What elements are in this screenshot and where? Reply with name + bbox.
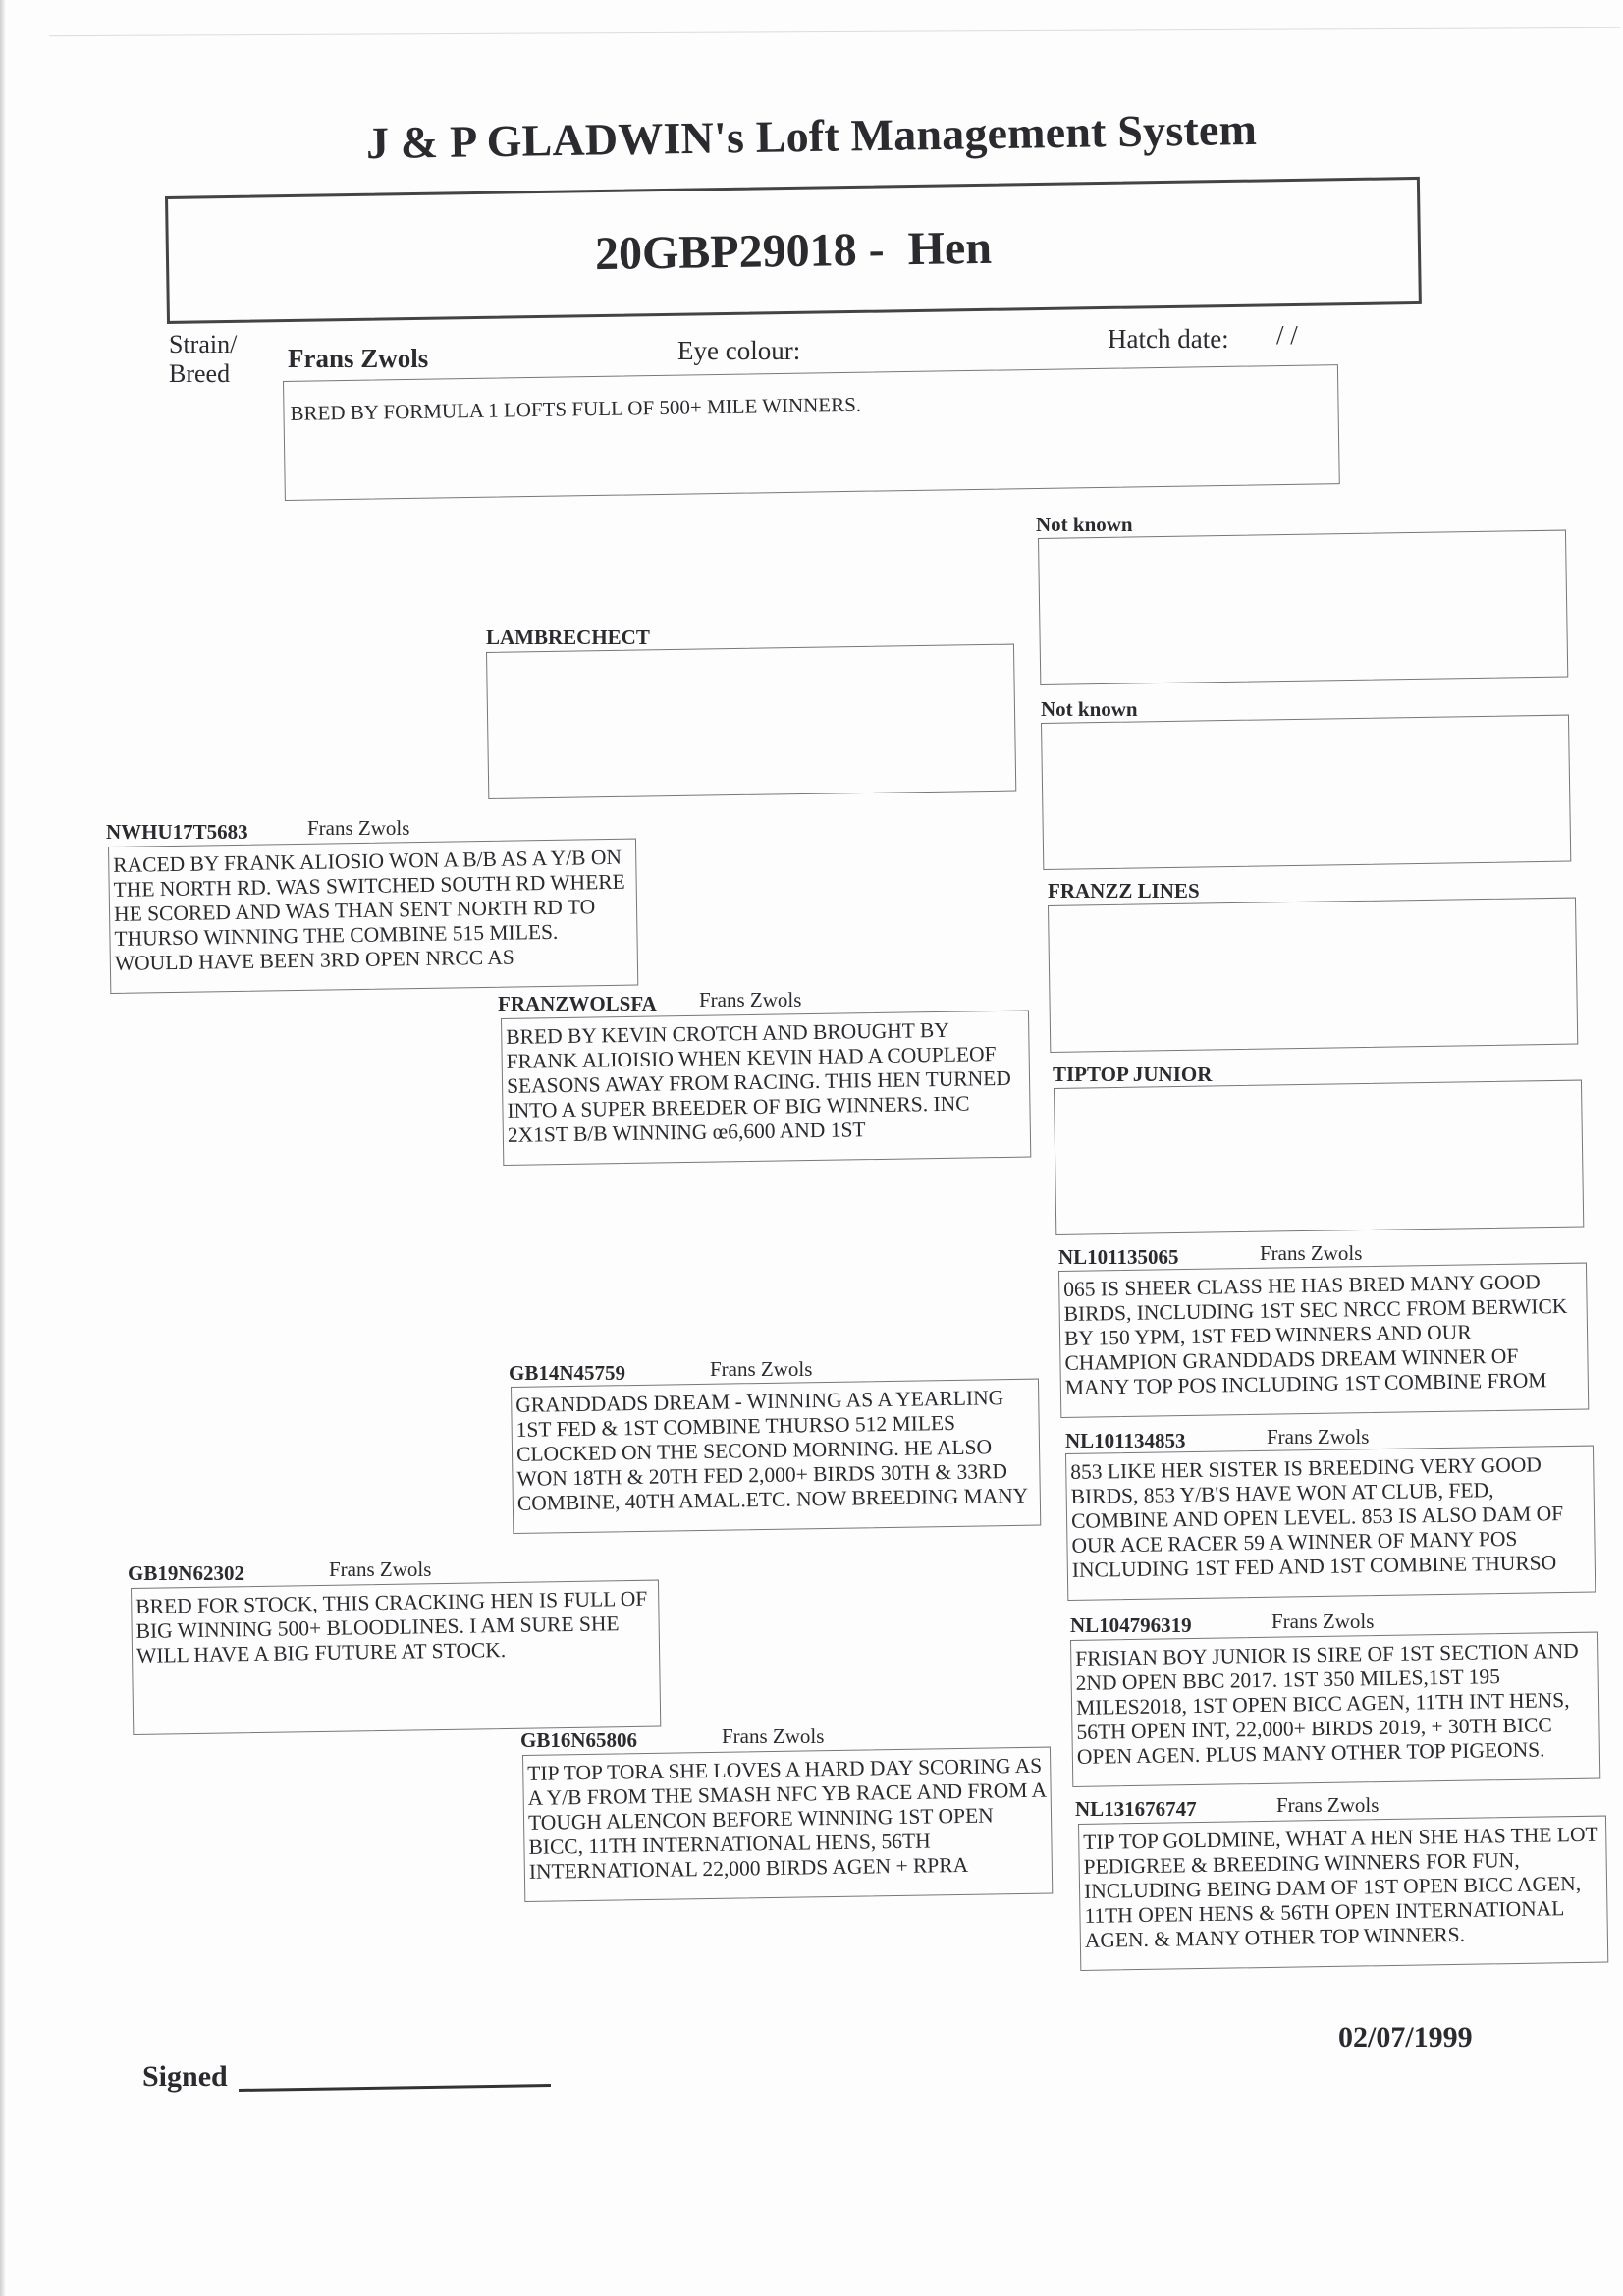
strain-value: Frans Zwols	[288, 344, 428, 374]
ring-number: LAMBRECHECT	[486, 626, 650, 649]
ring-number: Not known	[1041, 697, 1138, 721]
pedigree-box-dam: BRED FOR STOCK, THIS CRACKING HEN IS FUL…	[131, 1580, 661, 1735]
pedigree-box-sire-sire-sire	[1038, 530, 1568, 685]
pedigree-label-sire: NWHU17T5683Frans Zwols	[106, 820, 248, 845]
pedigree-label-dam-sire-dam: NL101134853Frans Zwols	[1065, 1429, 1186, 1453]
pedigree-box-dam-dam: TIP TOP TORA SHE LOVES A HARD DAY SCORIN…	[522, 1747, 1053, 1902]
pedigree-box-sire-dam-sire	[1048, 898, 1578, 1053]
ring-number: NL131676747	[1075, 1797, 1197, 1821]
ring-number: NL104796319	[1070, 1613, 1192, 1637]
strain-label: Strain/ Breed	[169, 330, 237, 389]
bird-description: GRANDDADS DREAM - WINNING AS A YEARLING …	[515, 1386, 1028, 1515]
ring-number: TIPTOP JUNIOR	[1053, 1063, 1212, 1086]
bird-description: BRED BY KEVIN CROTCH AND BROUGHT BY FRAN…	[506, 1018, 1011, 1147]
bird-strain: Frans Zwols	[307, 816, 409, 841]
pedigree-box-sire-dam: BRED BY KEVIN CROTCH AND BROUGHT BY FRAN…	[501, 1011, 1031, 1166]
scan-edge-line	[49, 27, 1620, 36]
bird-strain: Frans Zwols	[1260, 1241, 1362, 1266]
pedigree-box-sire-sire-dam	[1041, 715, 1571, 870]
pedigree-label-sire-dam: FRANZWOLSFAFrans Zwols	[498, 992, 657, 1016]
bird-strain: Frans Zwols	[1267, 1425, 1369, 1449]
strain-label-line1: Strain/	[169, 330, 237, 359]
pedigree-label-dam-sire-sire: NL101135065Frans Zwols	[1058, 1245, 1179, 1270]
pedigree-box-dam-sire: GRANDDADS DREAM - WINNING AS A YEARLING …	[511, 1379, 1041, 1534]
ring-number: NWHU17T5683	[106, 820, 248, 844]
bird-description: 853 LIKE HER SISTER IS BREEDING VERY GOO…	[1070, 1452, 1563, 1582]
scan-edge	[0, 0, 6, 2296]
bird-description: BRED FOR STOCK, THIS CRACKING HEN IS FUL…	[135, 1587, 647, 1667]
bird-header-box: 20GBP29018 - Hen	[165, 177, 1422, 324]
bird-strain: Frans Zwols	[1271, 1610, 1374, 1634]
ring-number: NL101134853	[1065, 1429, 1186, 1452]
signed-label: Signed	[142, 2060, 228, 2094]
ring-number: Not known	[1036, 513, 1133, 536]
pedigree-label-sire-dam-dam: TIPTOP JUNIOR	[1053, 1063, 1212, 1087]
pedigree-label-dam-sire: GB14N45759Frans Zwols	[509, 1361, 625, 1386]
bird-description: FRISIAN BOY JUNIOR IS SIRE OF 1ST SECTIO…	[1075, 1639, 1579, 1769]
bird-strain: Frans Zwols	[1276, 1793, 1379, 1818]
bird-notes-box: BRED BY FORMULA 1 LOFTS FULL OF 500+ MIL…	[283, 364, 1340, 501]
print-date: 02/07/1999	[1338, 2021, 1473, 2054]
bird-description: RACED BY FRANK ALIOSIO WON A B/B AS A Y/…	[113, 846, 625, 975]
bird-strain: Frans Zwols	[699, 988, 801, 1012]
pedigree-box-sire-sire	[486, 644, 1016, 799]
bird-strain: Frans Zwols	[329, 1558, 431, 1582]
pedigree-label-dam-dam-sire: NL104796319Frans Zwols	[1070, 1613, 1192, 1638]
bird-strain: Frans Zwols	[710, 1357, 812, 1382]
hatch-date-label: Hatch date:	[1108, 324, 1229, 355]
pedigree-box-dam-dam-dam: TIP TOP GOLDMINE, WHAT A HEN SHE HAS THE…	[1078, 1816, 1608, 1971]
eye-colour-label: Eye colour:	[677, 336, 800, 366]
bird-description: TIP TOP TORA SHE LOVES A HARD DAY SCORIN…	[527, 1754, 1046, 1884]
pedigree-label-sire-sire-dam: Not known	[1041, 697, 1138, 722]
ring-number: GB14N45759	[509, 1361, 625, 1385]
bird-strain: Frans Zwols	[722, 1724, 824, 1749]
pedigree-label-sire-sire: LAMBRECHECT	[486, 626, 650, 650]
strain-label-line2: Breed	[169, 359, 237, 389]
ring-number: FRANZWOLSFA	[498, 992, 657, 1015]
bird-header: 20GBP29018 - Hen	[595, 220, 993, 280]
pedigree-box-dam-sire-sire: 065 IS SHEER CLASS HE HAS BRED MANY GOOD…	[1058, 1263, 1589, 1418]
pedigree-label-sire-dam-sire: FRANZZ LINES	[1048, 879, 1200, 903]
bird-description: 065 IS SHEER CLASS HE HAS BRED MANY GOOD…	[1063, 1270, 1567, 1399]
pedigree-label-dam-dam-dam: NL131676747Frans Zwols	[1075, 1797, 1197, 1822]
bird-description: TIP TOP GOLDMINE, WHAT A HEN SHE HAS THE…	[1083, 1823, 1597, 1952]
bird-notes: BRED BY FORMULA 1 LOFTS FULL OF 500+ MIL…	[290, 393, 861, 425]
pedigree-box-dam-dam-sire: FRISIAN BOY JUNIOR IS SIRE OF 1ST SECTIO…	[1070, 1632, 1600, 1787]
ring-number: GB16N65806	[520, 1728, 637, 1752]
pedigree-box-dam-sire-dam: 853 LIKE HER SISTER IS BREEDING VERY GOO…	[1065, 1446, 1596, 1601]
signature-line	[239, 2084, 551, 2092]
pedigree-box-sire: RACED BY FRANK ALIOSIO WON A B/B AS A Y/…	[108, 839, 638, 994]
ring-number: NL101135065	[1058, 1245, 1179, 1269]
hatch-date-value: / /	[1276, 320, 1298, 351]
pedigree-label-sire-sire-sire: Not known	[1036, 513, 1133, 537]
ring-number: FRANZZ LINES	[1048, 879, 1200, 902]
page-title: J & P GLADWIN's Loft Management System	[0, 97, 1623, 175]
pedigree-label-dam-dam: GB16N65806Frans Zwols	[520, 1728, 637, 1753]
pedigree-label-dam: GB19N62302Frans Zwols	[128, 1561, 244, 1586]
pedigree-box-sire-dam-dam	[1054, 1080, 1584, 1235]
ring-number: GB19N62302	[128, 1561, 244, 1585]
